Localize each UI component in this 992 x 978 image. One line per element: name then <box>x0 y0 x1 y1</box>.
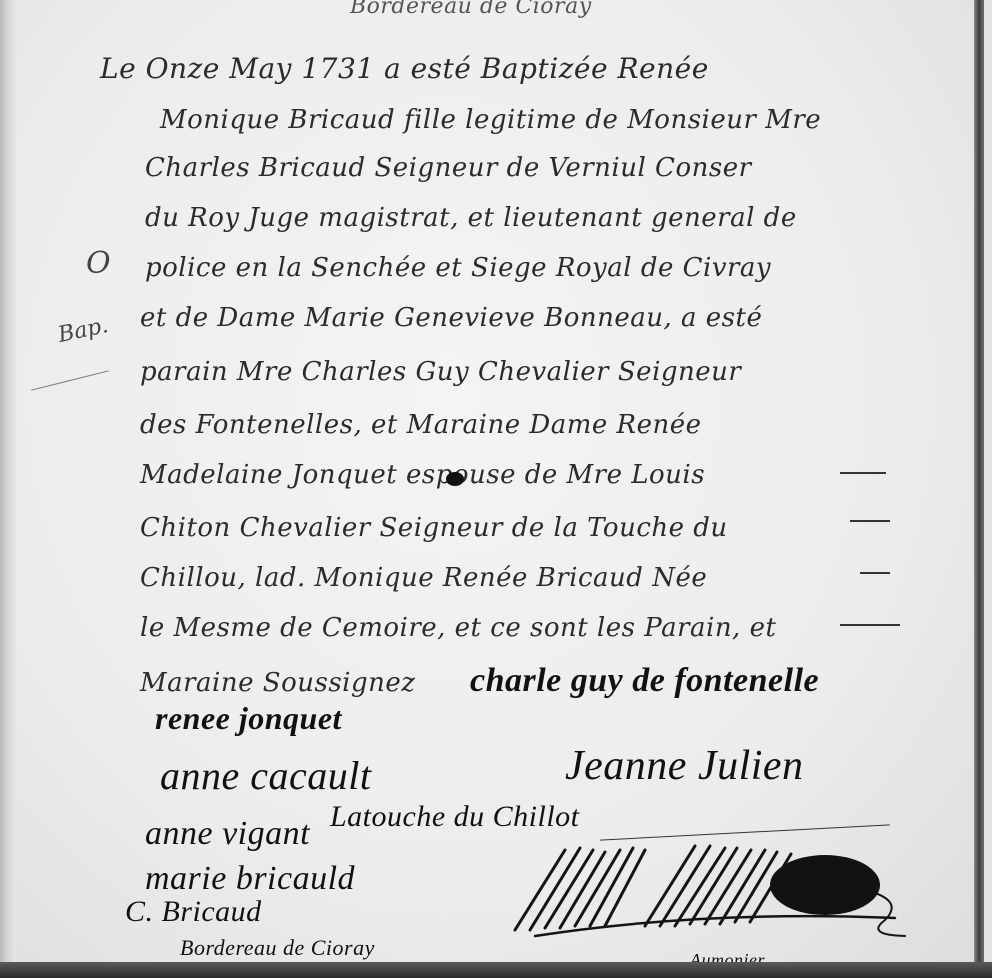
signature-latouche-du-chillot: Latouche du Chillot <box>330 800 580 834</box>
page-binding <box>974 0 984 978</box>
margin-letter: O <box>86 246 111 281</box>
body-line-12: le Mesme de Cemoire, et ce sont les Para… <box>140 613 776 643</box>
body-line-13: Maraine Soussignez <box>140 668 415 698</box>
body-line-10: Chiton Chevalier Seigneur de la Touche d… <box>140 513 728 543</box>
ink-blot <box>446 472 464 486</box>
page-header: Bordereau de Cioray <box>350 0 592 19</box>
signature-jeanne-julien: Jeanne Julien <box>565 742 804 790</box>
signature-anne-cacault: anne cacault <box>160 752 372 799</box>
line-filler-12 <box>840 624 900 626</box>
margin-abbrev: Bap. <box>56 313 110 348</box>
page-bottom-edge <box>0 962 992 978</box>
signature-charle-guy: charle guy de fontenelle <box>470 662 819 700</box>
signature-anne-vigant: anne vigant <box>145 815 310 853</box>
register-page: Bordereau de Cioray O Bap. Le Onze May 1… <box>0 0 992 978</box>
body-line-1: Le Onze May 1731 a esté Baptizée Renée <box>100 52 709 85</box>
body-line-11: Chillou, lad. Monique Renée Bricaud Née <box>140 563 707 593</box>
line-filler-9 <box>840 472 886 474</box>
signature-bordereau: Bordereau de Cioray <box>180 935 375 961</box>
margin-stroke <box>31 370 109 390</box>
signature-marie-bricauld: marie bricauld <box>145 860 355 898</box>
signature-renee-jonquet: renee jonquet <box>155 700 342 737</box>
page-left-edge <box>0 0 16 978</box>
scribbled-signature <box>505 840 925 940</box>
body-line-7: parain Mre Charles Guy Chevalier Seigneu… <box>140 357 741 387</box>
line-filler-10 <box>850 520 890 522</box>
body-line-6: et de Dame Marie Genevieve Bonneau, a es… <box>140 303 762 333</box>
body-line-4: du Roy Juge magistrat, et lieutenant gen… <box>145 203 797 233</box>
body-line-9: Madelaine Jonquet espouse de Mre Louis <box>140 460 705 490</box>
body-line-3: Charles Bricaud Seigneur de Verniul Cons… <box>145 153 752 183</box>
signature-underline <box>600 824 890 840</box>
body-line-5: police en la Senchée et Siege Royal de C… <box>145 253 771 283</box>
line-filler-11 <box>860 572 890 574</box>
signature-c-bricaud: C. Bricaud <box>125 895 262 929</box>
body-line-2: Monique Bricaud fille legitime de Monsie… <box>160 105 821 135</box>
page-right-strip <box>984 0 992 978</box>
body-line-8: des Fontenelles, et Maraine Dame Renée <box>140 410 702 440</box>
